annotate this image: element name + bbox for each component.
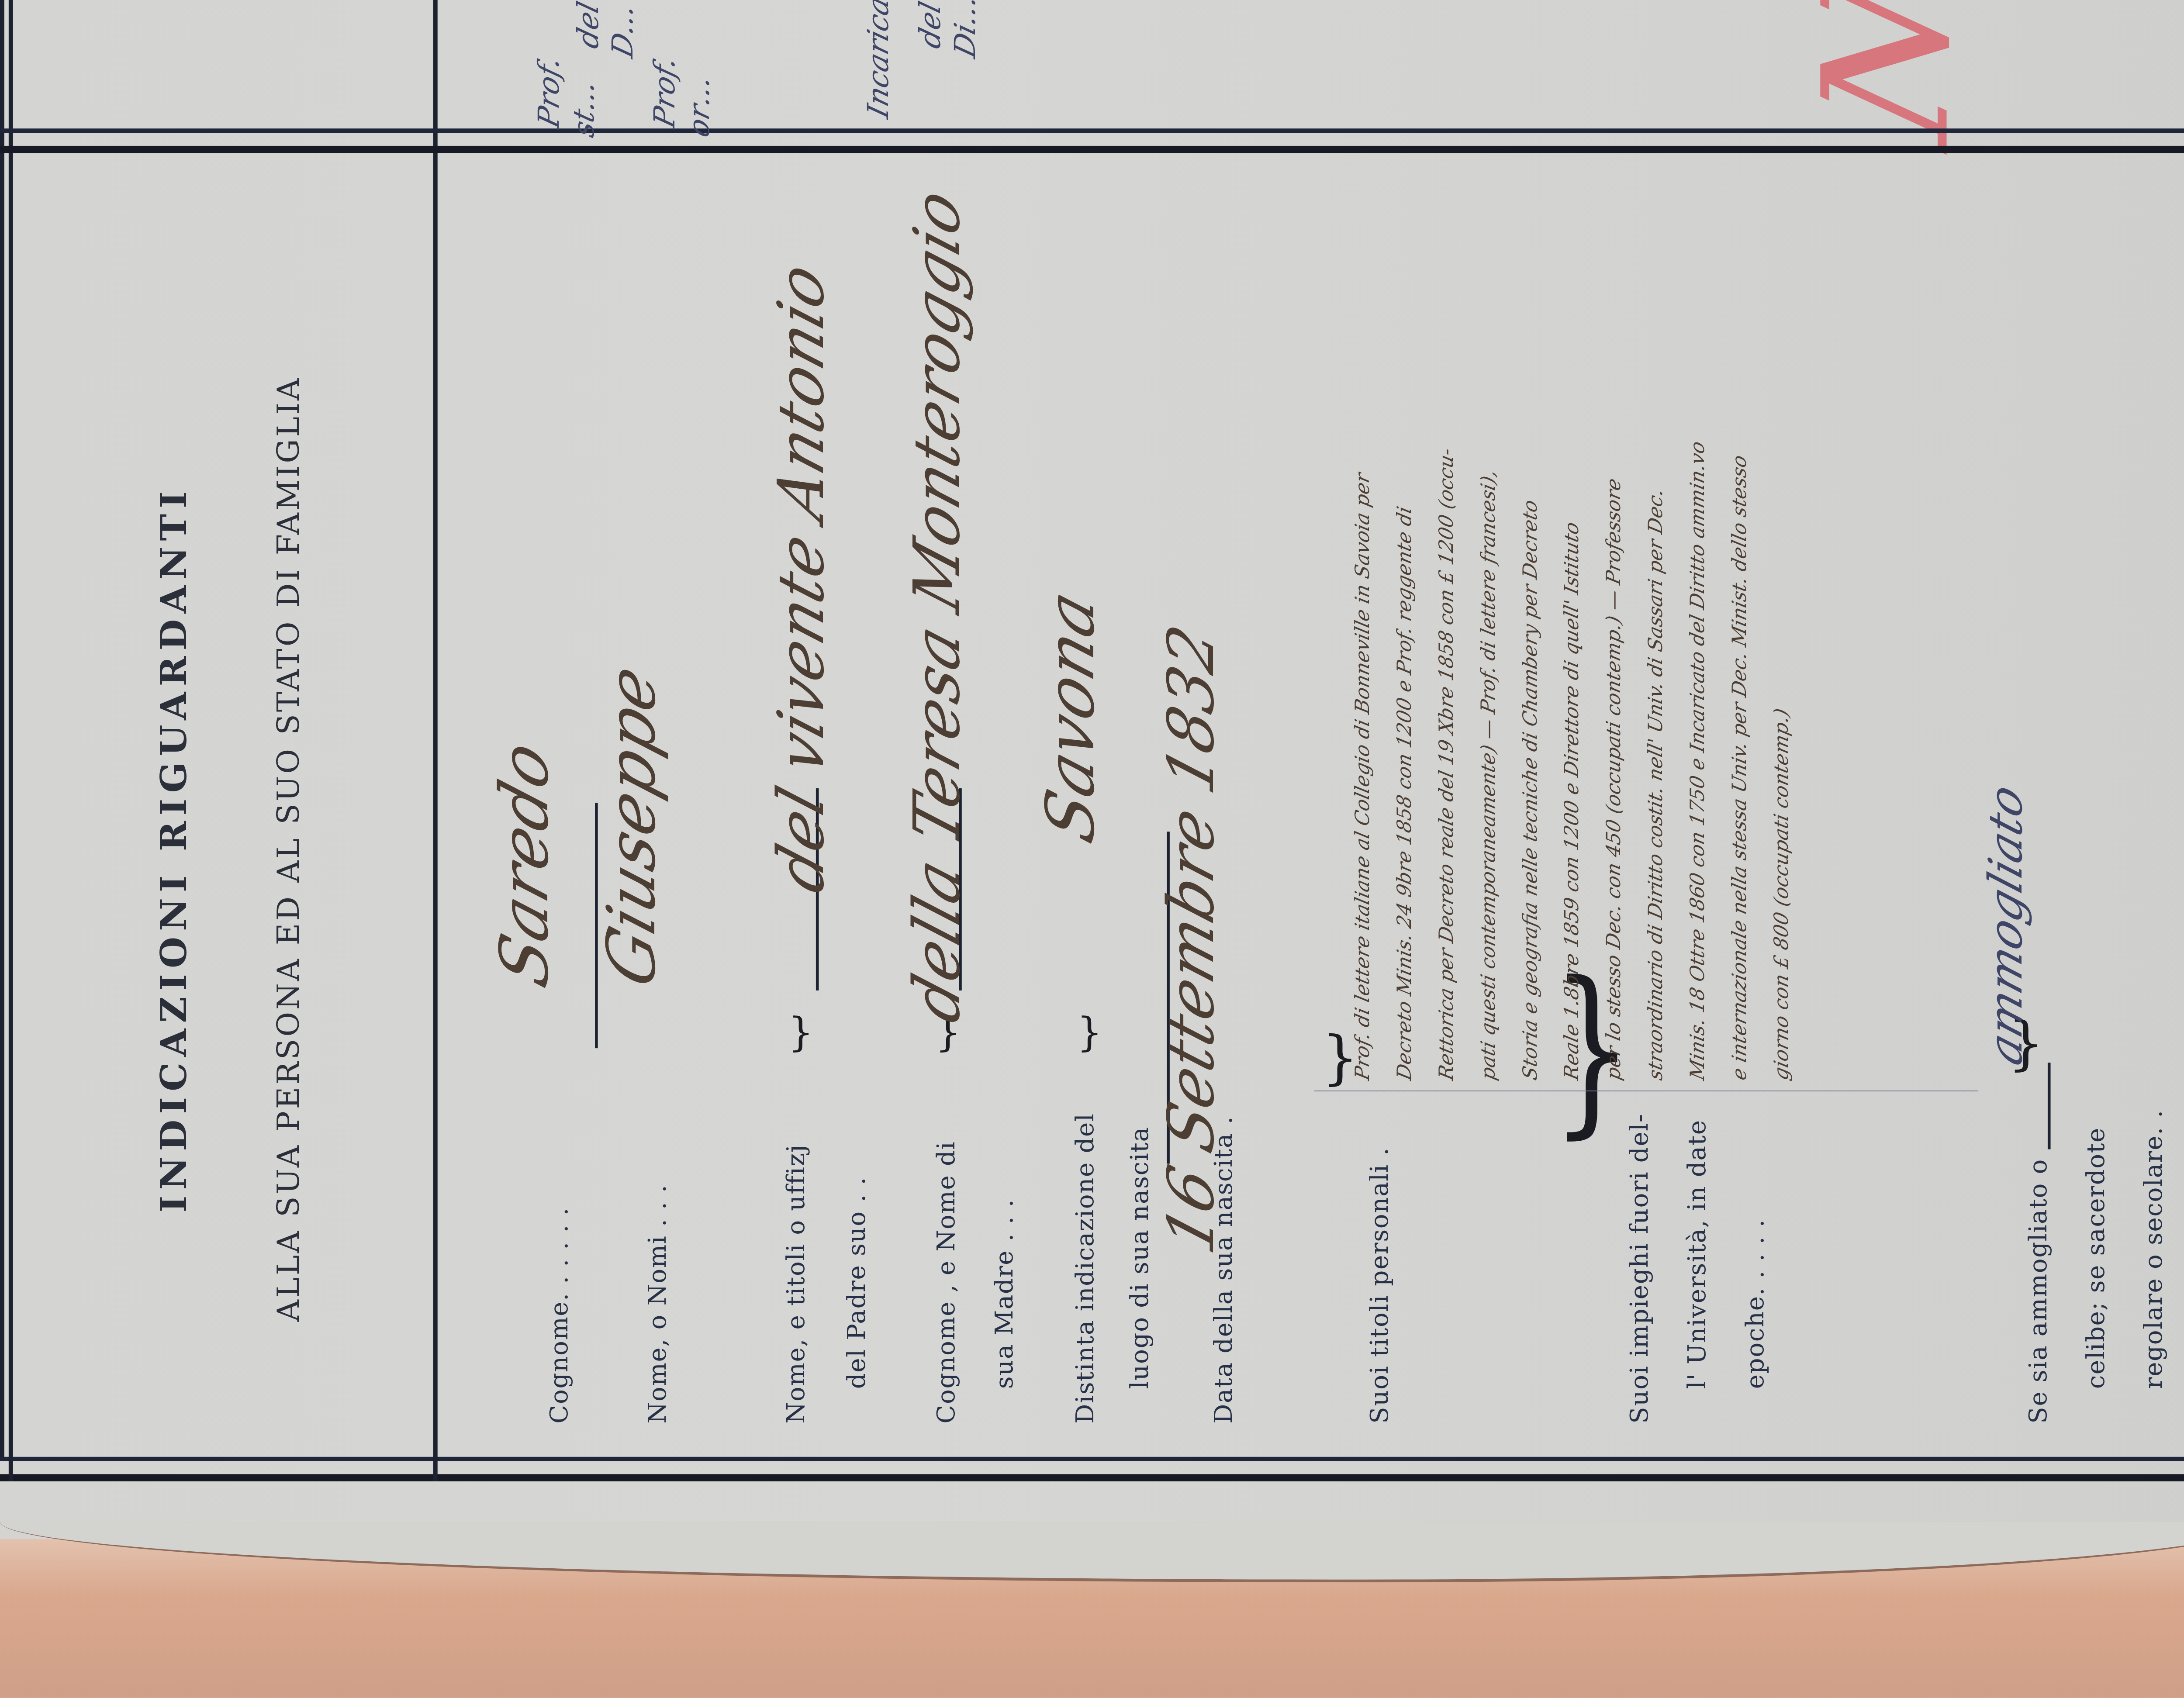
brace-luogo: } bbox=[1077, 1009, 1102, 1056]
adjacent-fragment-4: Incaricat… bbox=[860, 0, 895, 121]
registry-form-page: Prof. st… del D… Prof. or… Incaricat… de… bbox=[0, 0, 2184, 1698]
impieghi-line: Reale 1.8bre 1859 con 1200 e Direttore d… bbox=[1552, 518, 1594, 1084]
impieghi-line: Minis. 18 Ottre 1860 con 1750 e Incarica… bbox=[1678, 437, 1720, 1084]
impieghi-line: Storia e geografia nelle tecniche di Cha… bbox=[1510, 496, 1552, 1084]
value-madre: della Teresa Monteroggio bbox=[901, 181, 975, 1031]
impieghi-line: pati questi contemporaneamente) — Prof. … bbox=[1469, 466, 1510, 1084]
value-padre: del vivente Antonio bbox=[765, 255, 839, 901]
impieghi-line: giorno con £ 800 (occupati contemp.) bbox=[1762, 704, 1803, 1084]
label-impieghi-2: l' Università, in date bbox=[1681, 1119, 1715, 1389]
label-titoli: Suoi titoli personali . bbox=[1363, 1147, 1398, 1423]
left-double-border bbox=[0, 1457, 2184, 1481]
impieghi-line: e internazionale nella stessa Univ. per … bbox=[1720, 451, 1761, 1084]
impieghi-line: Decreto Minis. 24 9bre 1858 con 1200 e P… bbox=[1385, 503, 1426, 1084]
impieghi-line: Prof. di lettere italiane al Collegio di… bbox=[1343, 469, 1385, 1084]
label-impieghi-3: epoche. . . . . bbox=[1738, 1219, 1773, 1389]
value-stato-civile: ammogliato bbox=[1978, 778, 2033, 1072]
value-data-nascita: 16 Settembre 1832 bbox=[1155, 617, 1229, 1262]
label-madre-2: sua Madre . . . bbox=[988, 1199, 1022, 1389]
impieghi-line: per lo stesso Dec. con 450 (occupati con… bbox=[1594, 474, 1636, 1084]
photo-stage: N Prof. st… del D… Prof. or… Incaricat… … bbox=[0, 0, 2184, 1698]
adjacent-fragment-5: del Di… bbox=[912, 0, 982, 61]
value-impieghi: Prof. di lettere italiane al Collegio di… bbox=[1343, 167, 1950, 1091]
label-stato-civile-1: Se sia ammogliato o bbox=[2022, 1159, 2056, 1424]
value-cognome: Saredo bbox=[485, 732, 563, 996]
impieghi-line: Rettorica per Decreto reale del 19 Xbre … bbox=[1427, 444, 1468, 1084]
adjacent-fragment-3: Prof. or… bbox=[647, 0, 716, 141]
label-luogo-2: luogo di sua nascita bbox=[1123, 1126, 1158, 1389]
form-subtitle: ALLA SUA PERSONA ED AL SUO STATO DI FAMI… bbox=[272, 0, 306, 1698]
label-nome: Nome, o Nomi . . . bbox=[641, 1184, 676, 1423]
right-double-border bbox=[0, 128, 2184, 153]
label-padre-2: del Padre suo . . bbox=[840, 1177, 875, 1389]
label-impieghi-1: Suoi impieghi fuori del- bbox=[1623, 1113, 1658, 1423]
label-stato-civile-2: celibe; se sacerdote bbox=[2080, 1127, 2114, 1389]
label-luogo-1: Distinta indicazione del bbox=[1068, 1113, 1103, 1423]
label-padre-1: Nome, e titoli o uffizj bbox=[780, 1144, 814, 1424]
form-title: INDICAZIONI RIGUARDANTI bbox=[153, 0, 195, 1698]
label-stato-civile-3: regolare o secolare. . bbox=[2137, 1109, 2172, 1389]
label-madre-1: Cognome , e Nome di bbox=[930, 1141, 964, 1424]
label-cognome: Cognome. . . . . . bbox=[543, 1207, 577, 1424]
impieghi-line: straordinario di Diritto costit. nell' U… bbox=[1636, 485, 1678, 1084]
value-luogo: Savona bbox=[1031, 581, 1109, 852]
value-nome: Giuseppe bbox=[592, 656, 670, 996]
top-border bbox=[9, 0, 13, 1481]
connector-stato-civile bbox=[2048, 1063, 2051, 1149]
brace-padre: } bbox=[788, 1009, 814, 1056]
header-separator bbox=[433, 0, 438, 1481]
